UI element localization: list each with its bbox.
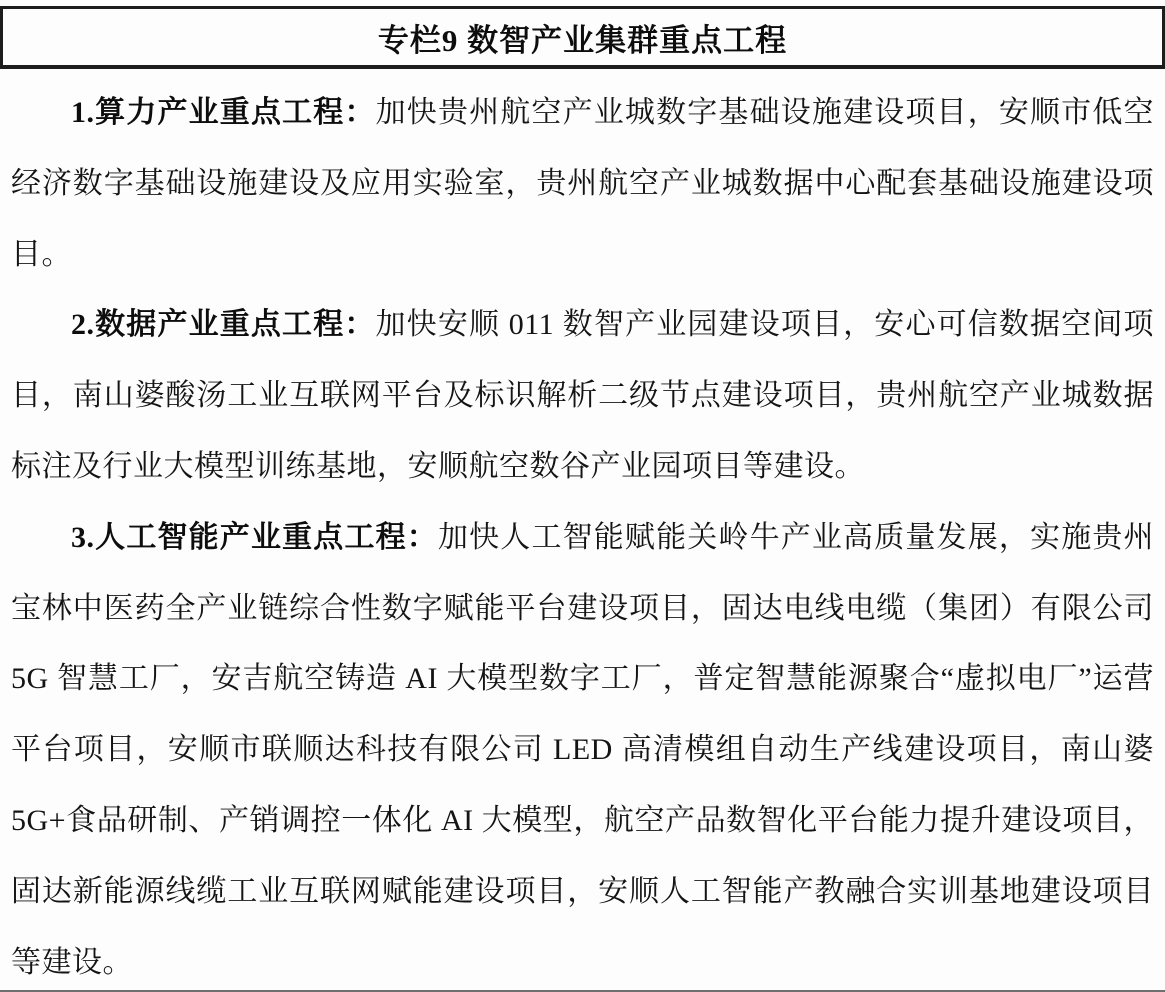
paragraph-data-industry: 2.数据产业重点工程：加快安顺 011 数智产业园建设项目，安心可信数据空间项目… <box>11 290 1154 502</box>
paragraph-3-lead: 3.人工智能产业重点工程： <box>71 521 438 554</box>
paragraph-3-text: 加快人工智能赋能关岭牛产业高质量发展，实施贵州宝林中医药全产业链综合性数字赋能平… <box>11 521 1154 979</box>
column-header-box: 专栏9 数智产业集群重点工程 <box>0 6 1165 65</box>
document-body: 1.算力产业重点工程：加快贵州航空产业城数字基础设施建设项目，安顺市低空经济数字… <box>0 69 1165 992</box>
paragraph-computing-power: 1.算力产业重点工程：加快贵州航空产业城数字基础设施建设项目，安顺市低空经济数字… <box>11 78 1154 290</box>
paragraph-2-lead: 2.数据产业重点工程： <box>71 308 376 341</box>
paragraph-ai-industry: 3.人工智能产业重点工程：加快人工智能赋能关岭牛产业高质量发展，实施贵州宝林中医… <box>11 503 1154 992</box>
document-page: 专栏9 数智产业集群重点工程 1.算力产业重点工程：加快贵州航空产业城数字基础设… <box>0 0 1165 992</box>
paragraph-1-lead: 1.算力产业重点工程： <box>71 96 376 129</box>
column-title: 专栏9 数智产业集群重点工程 <box>378 15 787 60</box>
